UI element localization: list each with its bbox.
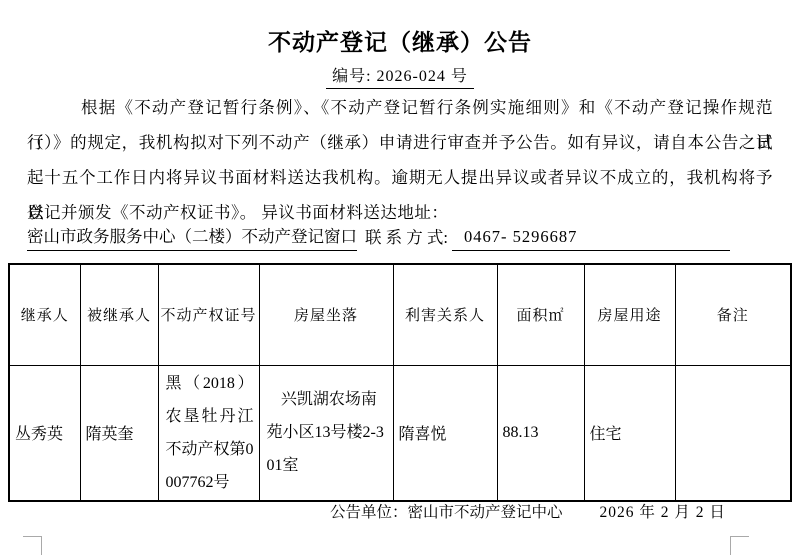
body-line: 登记并颁发《不动产权证书》。 异议书面材料送达地址： — [27, 195, 773, 230]
column-header-certificate-no: 不动产权证号 — [158, 264, 259, 365]
column-header-interested-party: 利害关系人 — [393, 264, 497, 365]
doc-number-line: 编号: 2026-024 号 — [0, 63, 800, 89]
cell-area: 88.13 — [497, 365, 584, 501]
column-header-decedent: 被继承人 — [80, 264, 158, 365]
doc-number: 编号: 2026-024 号 — [326, 63, 474, 89]
column-header-area: 面积㎡ — [497, 264, 584, 365]
column-header-house-location: 房屋坐落 — [259, 264, 393, 365]
cell-certificate-no: 黑（2018）农垦牡丹江不动产权第0007762号 — [158, 365, 259, 501]
cell-remark — [675, 365, 791, 501]
address-contact-line: 密山市政务服务中心（二楼）不动产登记窗口 联 系 方 式: 0467- 5296… — [27, 226, 730, 251]
announcement-table: 继承人 被继承人 不动产权证号 房屋坐落 利害关系人 面积㎡ 房屋用途 备注 丛… — [8, 263, 792, 502]
table-row: 丛秀英 隋英奎 黑（2018）农垦牡丹江不动产权第0007762号 兴凯湖农场南… — [9, 365, 791, 501]
page-title: 不动产登记（继承）公告 — [0, 24, 800, 57]
delivery-address: 密山市政务服务中心（二楼）不动产登记窗口 — [27, 226, 357, 251]
cell-interested-party: 隋喜悦 — [393, 365, 497, 501]
cell-decedent: 隋英奎 — [80, 365, 158, 501]
cell-house-use: 住宅 — [584, 365, 675, 501]
cell-heir: 丛秀英 — [9, 365, 80, 501]
house-location-text: 兴凯湖农场南苑小区13号楼2-301室 — [267, 383, 389, 482]
contact-phone: 0467- 5296687 — [452, 226, 730, 251]
issuer-text: 公告单位：密山市不动产登记中心 — [330, 504, 563, 521]
body-paragraph: 根据《不动产登记暂行条例》、《不动产登记暂行条例实施细则》和《不动产登记操作规范… — [27, 90, 773, 230]
margin-crop-mark-left — [41, 536, 42, 555]
footer-line: 公告单位：密山市不动产登记中心2026 年 2 月 2 日 — [330, 500, 726, 522]
body-line: 行）》的规定，我机构拟对下列不动产（继承）申请进行审查并予公告。如有异议，请自本… — [27, 125, 773, 160]
cell-house-location: 兴凯湖农场南苑小区13号楼2-301室 — [259, 365, 393, 501]
margin-crop-mark-right — [730, 536, 749, 537]
body-line: 根据《不动产登记暂行条例》、《不动产登记暂行条例实施细则》和《不动产登记操作规范… — [27, 90, 773, 125]
column-header-house-use: 房屋用途 — [584, 264, 675, 365]
announcement-page: 不动产登记（继承）公告 编号: 2026-024 号 根据《不动产登记暂行条例》… — [0, 0, 800, 555]
announcement-date: 2026 年 2 月 2 日 — [600, 504, 726, 521]
certificate-no-text: 黑（2018）农垦牡丹江不动产权第0007762号 — [166, 367, 254, 499]
column-header-remark: 备注 — [675, 264, 791, 365]
margin-crop-mark-right — [730, 536, 731, 555]
column-header-heir: 继承人 — [9, 264, 80, 365]
body-line: 起十五个工作日内将异议书面材料送达我机构。逾期无人提出异议或者异议不成立的，我机… — [27, 160, 773, 195]
margin-crop-mark-left — [23, 536, 42, 537]
table-header-row: 继承人 被继承人 不动产权证号 房屋坐落 利害关系人 面积㎡ 房屋用途 备注 — [9, 264, 791, 365]
contact-label: 联 系 方 式: — [357, 227, 452, 251]
